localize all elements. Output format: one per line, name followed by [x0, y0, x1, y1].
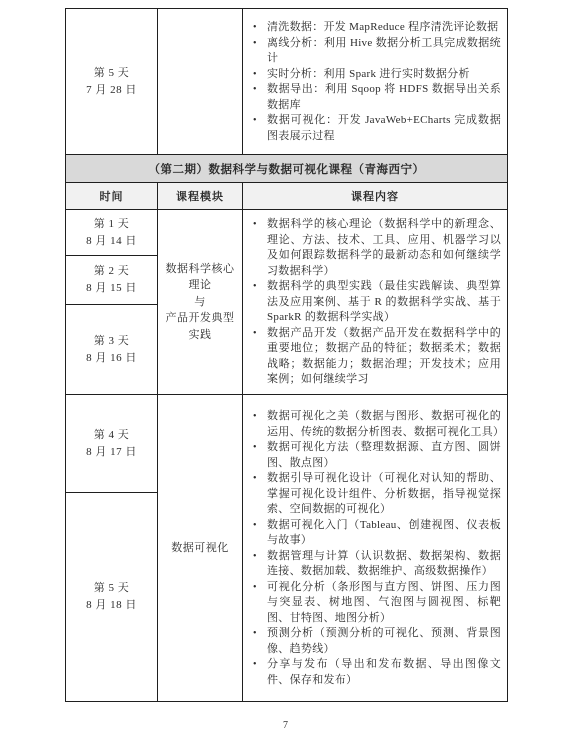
bullet-list: 数据科学的核心理论（数据科学中的新理念、理论、方法、技术、工具、应用、机器学习以… — [249, 217, 501, 388]
time-cell-day5-jul28: 第 5 天 7 月 28 日 — [66, 9, 158, 155]
table-row: 第 5 天 7 月 28 日 清洗数据：开发 MapReduce 程序清洗评论数… — [66, 9, 508, 155]
bullet-item: 数据科学的典型实践（最佳实践解读、典型算法及应用案例、基于 R 的数据科学实战、… — [251, 279, 501, 326]
bullet-text: 数据管理与计算（认识数据、数据架构、数据连接、数据加载、数据维护、高级数据操作） — [267, 549, 501, 580]
bullet-list: 清洗数据：开发 MapReduce 程序清洗评论数据 离线分析：利用 Hive … — [249, 20, 501, 144]
bullet-item: 数据可视化之美（数据与图形、数据可视化的运用、传统的数据分析图表、数据可视化工具… — [251, 409, 501, 440]
module-cell-data-science: 数据科学核心 理论 与 产品开发典型 实践 — [158, 210, 243, 395]
day-label: 第 2 天 — [66, 263, 157, 280]
bullet-text: 数据引导可视化设计（可视化对认知的帮助、掌握可视化设计组件、分析数据，指导视觉探… — [267, 471, 501, 518]
bullet-item: 数据可视化入门（Tableau、创建视图、仪表板与故事） — [251, 518, 501, 549]
column-header-content: 课程内容 — [243, 183, 508, 210]
bullet-text: 实时分析：利用 Spark 进行实时数据分析 — [267, 67, 501, 83]
bullet-item: 数据引导可视化设计（可视化对认知的帮助、掌握可视化设计组件、分析数据，指导视觉探… — [251, 471, 501, 518]
module-line: 实践 — [158, 327, 242, 344]
bullet-icon — [251, 409, 267, 440]
bullet-item: 离线分析：利用 Hive 数据分析工具完成数据统计 — [251, 36, 501, 67]
section-header: （第二期）数据科学与数据可视化课程（青海西宁） — [66, 155, 508, 183]
bullet-text: 离线分析：利用 Hive 数据分析工具完成数据统计 — [267, 36, 501, 67]
bullet-text: 数据科学的典型实践（最佳实践解读、典型算法及应用案例、基于 R 的数据科学实战、… — [267, 279, 501, 326]
bullet-text: 数据可视化之美（数据与图形、数据可视化的运用、传统的数据分析图表、数据可视化工具… — [267, 409, 501, 440]
bullet-icon — [251, 20, 267, 36]
bullet-icon — [251, 82, 267, 113]
bullet-item: 预测分析（预测分析的可视化、预测、背景图像、趋势线） — [251, 626, 501, 657]
bullet-text: 数据可视化：开发 JavaWeb+ECharts 完成数据图表展示过程 — [267, 113, 501, 144]
bullet-text: 数据可视化方法（整理数据源、直方图、圆饼图、散点图） — [267, 440, 501, 471]
bullet-icon — [251, 626, 267, 657]
module-line: 数据科学核心 — [158, 261, 242, 278]
page-number: 7 — [0, 720, 571, 731]
date-label: 7 月 28 日 — [66, 82, 157, 99]
day-label: 第 5 天 — [66, 580, 157, 597]
bullet-text: 预测分析（预测分析的可视化、预测、背景图像、趋势线） — [267, 626, 501, 657]
table-row: 时间 课程模块 课程内容 — [66, 183, 508, 210]
bullet-item: 数据科学的核心理论（数据科学中的新理念、理论、方法、技术、工具、应用、机器学习以… — [251, 217, 501, 279]
module-cell-data-visualization: 数据可视化 — [158, 395, 243, 702]
date-label: 8 月 16 日 — [66, 350, 157, 367]
bullet-item: 分享与发布（导出和发布数据、导出图像文件、保存和发布） — [251, 657, 501, 688]
module-cell-empty — [158, 9, 243, 155]
bullet-item: 数据可视化方法（整理数据源、直方图、圆饼图、散点图） — [251, 440, 501, 471]
column-header-module: 课程模块 — [158, 183, 243, 210]
bullet-text: 数据产品开发（数据产品开发在数据科学中的重要地位；数据产品的特征；数据柔术；数据… — [267, 326, 501, 388]
bullet-text: 清洗数据：开发 MapReduce 程序清洗评论数据 — [267, 20, 501, 36]
bullet-item: 清洗数据：开发 MapReduce 程序清洗评论数据 — [251, 20, 501, 36]
course-schedule-table: 第 5 天 7 月 28 日 清洗数据：开发 MapReduce 程序清洗评论数… — [65, 8, 508, 702]
bullet-icon — [251, 580, 267, 627]
day-label: 第 1 天 — [66, 216, 157, 233]
table-row: 第 4 天 8 月 17 日 数据可视化 数据可视化之美（数据与图形、数据可视化… — [66, 395, 508, 493]
bullet-text: 数据科学的核心理论（数据科学中的新理念、理论、方法、技术、工具、应用、机器学习以… — [267, 217, 501, 279]
time-cell-day4-aug17: 第 4 天 8 月 17 日 — [66, 395, 158, 493]
bullet-icon — [251, 549, 267, 580]
date-label: 8 月 18 日 — [66, 597, 157, 614]
module-line: 理论 — [158, 277, 242, 294]
bullet-icon — [251, 67, 267, 83]
date-label: 8 月 15 日 — [66, 280, 157, 297]
module-line: 与 — [158, 294, 242, 311]
bullet-item: 数据可视化：开发 JavaWeb+ECharts 完成数据图表展示过程 — [251, 113, 501, 144]
content-cell: 数据可视化之美（数据与图形、数据可视化的运用、传统的数据分析图表、数据可视化工具… — [243, 395, 508, 702]
bullet-icon — [251, 440, 267, 471]
time-cell-day2-aug15: 第 2 天 8 月 15 日 — [66, 256, 158, 305]
bullet-icon — [251, 113, 267, 144]
bullet-icon — [251, 518, 267, 549]
bullet-text: 可视化分析（条形图与直方图、饼图、压力图与突显表、树地图、气泡图与圆视图、标靶图… — [267, 580, 501, 627]
bullet-text: 数据可视化入门（Tableau、创建视图、仪表板与故事） — [267, 518, 501, 549]
bullet-text: 数据导出：利用 Sqoop 将 HDFS 数据导出关系数据库 — [267, 82, 501, 113]
bullet-icon — [251, 36, 267, 67]
bullet-list: 数据可视化之美（数据与图形、数据可视化的运用、传统的数据分析图表、数据可视化工具… — [249, 409, 501, 688]
bullet-icon — [251, 279, 267, 326]
time-cell-day1-aug14: 第 1 天 8 月 14 日 — [66, 210, 158, 256]
day-label: 第 5 天 — [66, 65, 157, 82]
date-label: 8 月 17 日 — [66, 444, 157, 461]
document-page: 第 5 天 7 月 28 日 清洗数据：开发 MapReduce 程序清洗评论数… — [0, 0, 571, 746]
bullet-icon — [251, 326, 267, 388]
bullet-icon — [251, 471, 267, 518]
module-line: 产品开发典型 — [158, 310, 242, 327]
content-cell: 数据科学的核心理论（数据科学中的新理念、理论、方法、技术、工具、应用、机器学习以… — [243, 210, 508, 395]
table-row: （第二期）数据科学与数据可视化课程（青海西宁） — [66, 155, 508, 183]
bullet-text: 分享与发布（导出和发布数据、导出图像文件、保存和发布） — [267, 657, 501, 688]
bullet-icon — [251, 217, 267, 279]
bullet-item: 实时分析：利用 Spark 进行实时数据分析 — [251, 67, 501, 83]
bullet-icon — [251, 657, 267, 688]
day-label: 第 3 天 — [66, 333, 157, 350]
bullet-item: 数据产品开发（数据产品开发在数据科学中的重要地位；数据产品的特征；数据柔术；数据… — [251, 326, 501, 388]
table-row: 第 1 天 8 月 14 日 数据科学核心 理论 与 产品开发典型 实践 数据科… — [66, 210, 508, 256]
date-label: 8 月 14 日 — [66, 233, 157, 250]
content-cell: 清洗数据：开发 MapReduce 程序清洗评论数据 离线分析：利用 Hive … — [243, 9, 508, 155]
time-cell-day5-aug18: 第 5 天 8 月 18 日 — [66, 493, 158, 702]
day-label: 第 4 天 — [66, 427, 157, 444]
bullet-item: 数据管理与计算（认识数据、数据架构、数据连接、数据加载、数据维护、高级数据操作） — [251, 549, 501, 580]
bullet-item: 可视化分析（条形图与直方图、饼图、压力图与突显表、树地图、气泡图与圆视图、标靶图… — [251, 580, 501, 627]
column-header-time: 时间 — [66, 183, 158, 210]
time-cell-day3-aug16: 第 3 天 8 月 16 日 — [66, 305, 158, 395]
bullet-item: 数据导出：利用 Sqoop 将 HDFS 数据导出关系数据库 — [251, 82, 501, 113]
